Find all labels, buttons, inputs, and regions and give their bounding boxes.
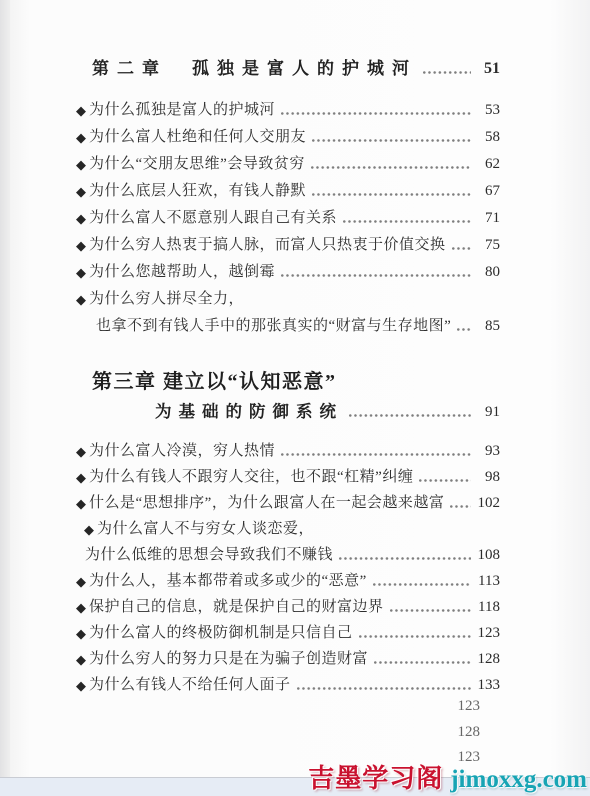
toc-entry: ◆ 为什么人，基本都带着或多或少的“恶意” 113 xyxy=(76,566,500,592)
toc-entry-page: 93 xyxy=(476,440,500,462)
dot-leader xyxy=(312,138,471,143)
toc-entry-title: 为什么底层人狂欢，有钱人静默 xyxy=(89,180,306,202)
toc-entry-title: 保护自己的信息，就是保护自己的财富边界 xyxy=(89,596,384,618)
toc-entry-title: 为什么富人冷漠，穷人热情 xyxy=(89,440,275,462)
toc-entry-page: 102 xyxy=(476,492,500,514)
dot-leader xyxy=(419,478,471,483)
toc-entry: ◆ 为什么富人冷漠，穷人热情 93 xyxy=(76,436,500,462)
chapter-2-heading-row: 第二章 孤独是富人的护城河 51 xyxy=(76,50,500,80)
chapter-2-page-number: 51 xyxy=(476,58,500,80)
toc-entry-title: 为什么人，基本都带着或多或少的“恶意” xyxy=(89,570,367,592)
chapter-2-title: 第二章 孤独是富人的护城河 xyxy=(92,58,417,80)
diamond-bullet-icon: ◆ xyxy=(76,289,86,310)
toc-entry: ◆ 为什么孤独是富人的护城河 53 xyxy=(76,94,500,121)
chapter-3-heading-line1: 第三章 建立以“认知恶意” xyxy=(76,361,500,393)
book-page: 第二章 孤独是富人的护城河 51 ◆ 为什么孤独是富人的护城河 53 ◆ 为什么… xyxy=(10,0,590,777)
diamond-bullet-icon: ◆ xyxy=(76,571,86,592)
dot-leader xyxy=(343,219,471,224)
diamond-bullet-icon: ◆ xyxy=(76,675,86,696)
dot-leader xyxy=(281,111,471,116)
toc-entry: ◆ 为什么穷人热衷于搞人脉，而富人只热衷于价值交换 75 xyxy=(76,229,500,256)
toc-entry-continuation: 为什么低维的思想会导致我们不赚钱 108 xyxy=(76,540,500,566)
toc-entry-title: 为什么富人不愿意别人跟自己有关系 xyxy=(89,207,337,229)
toc-entry-title-continued: 也拿不到有钱人手中的那张真实的“财富与生存地图” xyxy=(96,315,451,337)
diamond-bullet-icon: ◆ xyxy=(84,519,94,540)
dot-leader xyxy=(312,192,471,197)
toc-entry-first-line: ◆ 为什么富人不与穷女人谈恋爱， xyxy=(76,514,500,540)
diamond-bullet-icon: ◆ xyxy=(76,467,86,488)
watermark-site-url: jimoxxg.com xyxy=(450,766,587,794)
toc-entry: ◆ 保护自己的信息，就是保护自己的财富边界 118 xyxy=(76,592,500,618)
dot-leader xyxy=(349,413,471,418)
toc-entry-title: 为什么穷人拼尽全力， xyxy=(89,288,244,310)
toc-entry-title: 什么是“思想排序”，为什么跟富人在一起会越来越富 xyxy=(89,492,444,514)
toc-entry-page: 123 xyxy=(476,622,500,644)
toc-entry-title: 为什么您越帮助人，越倒霉 xyxy=(89,261,275,283)
diamond-bullet-icon: ◆ xyxy=(76,235,86,256)
chapter-3-page-number: 91 xyxy=(476,401,500,423)
toc-entry-page: 118 xyxy=(476,596,500,618)
toc-entry-page: 128 xyxy=(476,648,500,670)
toc-entry: ◆ 为什么穷人的努力只是在为骗子创造财富 128 xyxy=(76,644,500,670)
diamond-bullet-icon: ◆ xyxy=(76,154,86,175)
toc-entry-title: 为什么有钱人不给任何人面子 xyxy=(89,674,291,696)
toc-entry-page: 108 xyxy=(476,544,500,566)
bleed-number: 128 xyxy=(458,720,481,746)
chapter-2-entries: ◆ 为什么孤独是富人的护城河 53 ◆ 为什么富人杜绝和任何人交朋友 58 ◆ … xyxy=(76,94,500,337)
dot-leader xyxy=(281,452,471,457)
diamond-bullet-icon: ◆ xyxy=(76,100,86,121)
diamond-bullet-icon: ◆ xyxy=(76,262,86,283)
toc-entry-page: 133 xyxy=(476,674,500,696)
toc-entry-page: 75 xyxy=(476,234,500,256)
toc-entry-first-line: ◆ 为什么穷人拼尽全力， xyxy=(76,283,500,310)
dot-leader xyxy=(311,165,471,170)
chapter-3-title-line2: 为基础的防御系统 xyxy=(155,401,343,423)
toc-entry-page: 80 xyxy=(476,261,500,283)
toc-entry-page: 71 xyxy=(476,207,500,229)
toc-entry-page: 58 xyxy=(476,126,500,148)
watermark-brand-text: 吉墨学习阁 xyxy=(308,758,443,795)
toc-entry: ◆ 为什么您越帮助人，越倒霉 80 xyxy=(76,256,500,283)
toc-entry-title: 为什么穷人的努力只是在为骗子创造财富 xyxy=(89,648,368,670)
dot-leader xyxy=(390,608,471,613)
dot-leader xyxy=(457,327,471,332)
diamond-bullet-icon: ◆ xyxy=(76,623,86,644)
toc-entry-title: 为什么富人的终极防御机制是只信自己 xyxy=(89,622,353,644)
toc-entry-title: 为什么有钱人不跟穷人交往，也不跟“杠精”纠缠 xyxy=(89,466,413,488)
toc-entry-title: 为什么富人不与穷女人谈恋爱， xyxy=(97,518,314,540)
toc-entry: ◆ 为什么富人的终极防御机制是只信自己 123 xyxy=(76,618,500,644)
chapter-3-entries: ◆ 为什么富人冷漠，穷人热情 93 ◆ 为什么有钱人不跟穷人交往，也不跟“杠精”… xyxy=(76,436,500,696)
toc-entry-page: 98 xyxy=(476,466,500,488)
toc-entry-title: 为什么富人杜绝和任何人交朋友 xyxy=(89,126,306,148)
diamond-bullet-icon: ◆ xyxy=(76,127,86,148)
dot-leader xyxy=(281,273,471,278)
toc-entry-page: 85 xyxy=(476,315,500,337)
toc-entry-title: 为什么穷人热衷于搞人脉，而富人只热衷于价值交换 xyxy=(89,234,446,256)
dot-leader xyxy=(373,582,471,587)
diamond-bullet-icon: ◆ xyxy=(76,181,86,202)
table-of-contents: 第二章 孤独是富人的护城河 51 ◆ 为什么孤独是富人的护城河 53 ◆ 为什么… xyxy=(76,50,500,696)
toc-entry-continuation: 也拿不到有钱人手中的那张真实的“财富与生存地图” 85 xyxy=(76,310,500,337)
dot-leader xyxy=(452,246,471,251)
toc-entry: ◆ 为什么“交朋友思维”会导致贫穷 62 xyxy=(76,148,500,175)
toc-entry: ◆ 为什么有钱人不跟穷人交往，也不跟“杠精”纠缠 98 xyxy=(76,462,500,488)
dot-leader xyxy=(374,660,471,665)
toc-entry-title-continued: 为什么低维的思想会导致我们不赚钱 xyxy=(85,544,333,566)
toc-entry-page: 67 xyxy=(476,180,500,202)
toc-entry-title: 为什么“交朋友思维”会导致贫穷 xyxy=(89,153,305,175)
toc-entry: ◆ 为什么有钱人不给任何人面子 133 xyxy=(76,670,500,696)
dot-leader xyxy=(423,70,471,75)
diamond-bullet-icon: ◆ xyxy=(76,208,86,229)
bleed-number: 123 xyxy=(458,694,481,720)
diamond-bullet-icon: ◆ xyxy=(76,597,86,618)
diamond-bullet-icon: ◆ xyxy=(76,493,86,514)
dot-leader xyxy=(297,686,471,691)
toc-entry-page: 53 xyxy=(476,99,500,121)
toc-entry: ◆ 为什么富人杜绝和任何人交朋友 58 xyxy=(76,121,500,148)
toc-entry: ◆ 什么是“思想排序”，为什么跟富人在一起会越来越富 102 xyxy=(76,488,500,514)
toc-entry: ◆ 为什么富人不愿意别人跟自己有关系 71 xyxy=(76,202,500,229)
toc-entry: ◆ 为什么底层人狂欢，有钱人静默 67 xyxy=(76,175,500,202)
toc-entry-title: 为什么孤独是富人的护城河 xyxy=(89,99,275,121)
chapter-3-heading-line2: 为基础的防御系统 91 xyxy=(76,393,500,423)
photo-left-edge xyxy=(0,0,10,777)
diamond-bullet-icon: ◆ xyxy=(76,649,86,670)
dot-leader xyxy=(359,634,471,639)
dot-leader xyxy=(450,504,471,509)
dot-leader xyxy=(339,556,471,561)
watermark: 吉墨学习阁 jimoxxg.com xyxy=(308,758,587,795)
diamond-bullet-icon: ◆ xyxy=(76,441,86,462)
toc-entry-page: 62 xyxy=(476,153,500,175)
toc-entry-page: 113 xyxy=(476,570,500,592)
chapter-3-title-line1: 第三章 建立以“认知恶意” xyxy=(92,371,337,393)
